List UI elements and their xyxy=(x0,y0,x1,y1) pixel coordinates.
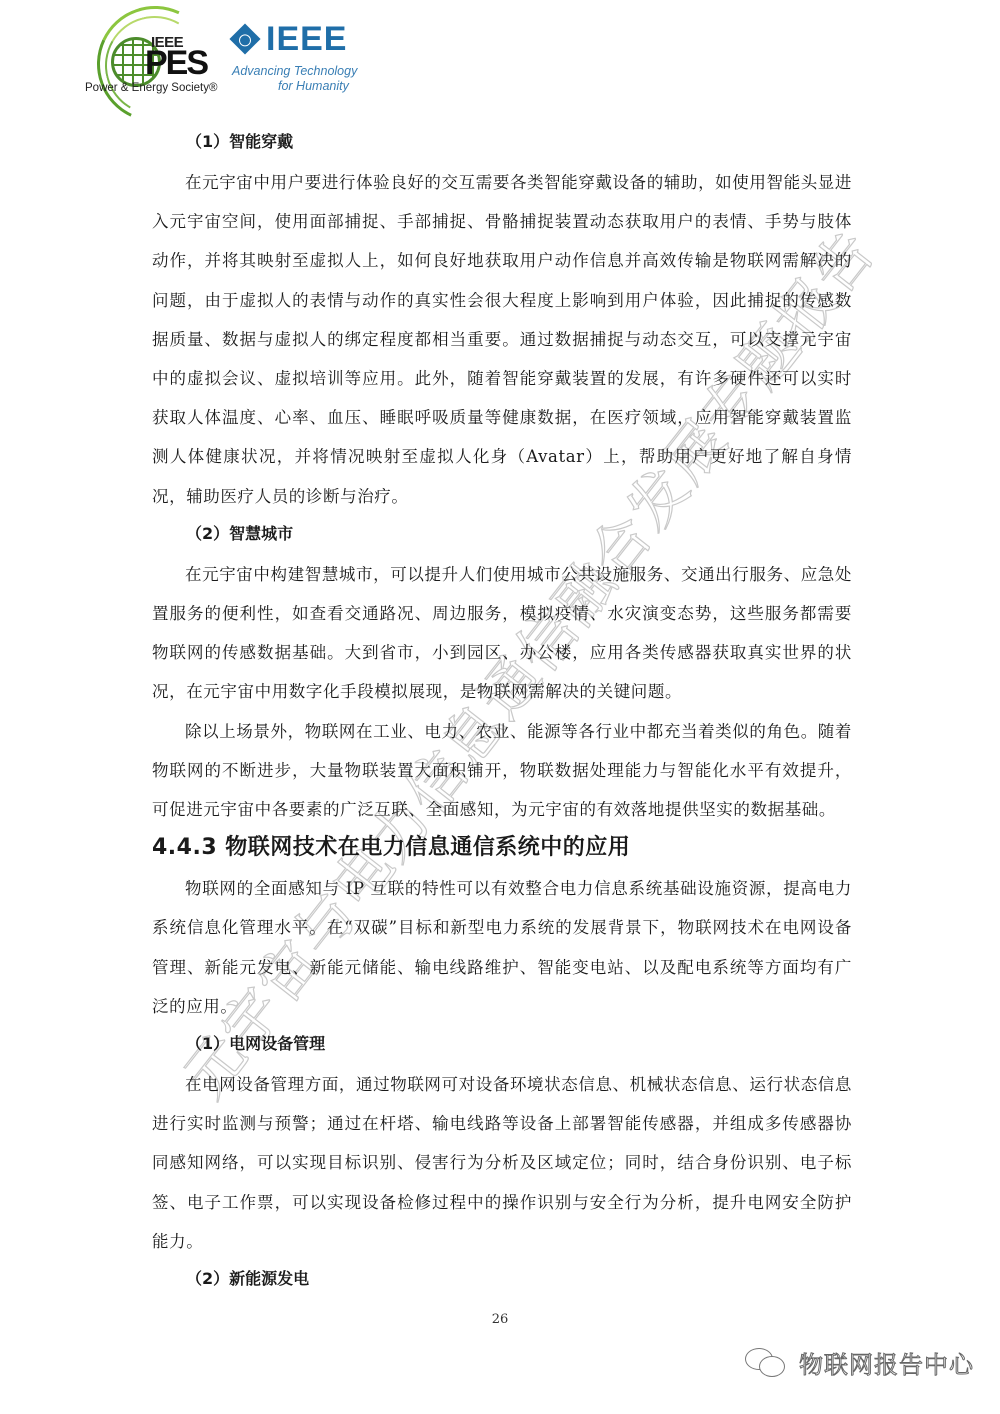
ieee-logo: IEEE Advancing Technology for Humanity xyxy=(230,22,380,102)
ieee-wordmark: IEEE xyxy=(266,20,347,59)
section-title-4-4-3: 4.4.3 物联网技术在电力信息通信系统中的应用 xyxy=(152,829,852,869)
ieee-pes-logo: IEEE PES Power & Energy Society® xyxy=(85,4,220,100)
header-logos: IEEE PES Power & Energy Society® IEEE Ad… xyxy=(85,4,385,104)
page-number: 26 xyxy=(0,1312,1000,1327)
ieee-tagline-1: Advancing Technology xyxy=(232,64,357,78)
wechat-account-name: 物联网报告中心 xyxy=(799,1345,974,1380)
paragraph-grid-equipment: 在电网设备管理方面，通过物联网可对设备环境状态信息、机械状态信息、运行状态信息进… xyxy=(152,1065,852,1261)
pes-text: PES xyxy=(145,44,207,83)
pes-subtitle: Power & Energy Society® xyxy=(85,82,217,94)
subheading-new-energy: （2）新能源发电 xyxy=(152,1261,852,1300)
wechat-icon xyxy=(745,1346,791,1380)
subheading-smart-city: （2）智慧城市 xyxy=(152,516,852,555)
ieee-tagline-2: for Humanity xyxy=(278,79,349,93)
ieee-diamond-icon xyxy=(229,23,260,54)
paragraph-section-intro: 物联网的全面感知与 IP 互联的特性可以有效整合电力信息系统基础设施资源，提高电… xyxy=(152,869,852,1026)
paragraph-summary: 除以上场景外，物联网在工业、电力、农业、能源等各行业中都充当着类似的角色。随着物… xyxy=(152,712,852,830)
subheading-grid-equipment: （1）电网设备管理 xyxy=(152,1026,852,1065)
subheading-smart-wearables: （1）智能穿戴 xyxy=(152,124,852,163)
paragraph-smart-wearables: 在元宇宙中用户要进行体验良好的交互需要各类智能穿戴设备的辅助，如使用智能头显进入… xyxy=(152,163,852,516)
wechat-source-badge: 物联网报告中心 xyxy=(745,1345,974,1380)
document-body: （1）智能穿戴 在元宇宙中用户要进行体验良好的交互需要各类智能穿戴设备的辅助，如… xyxy=(152,124,852,1300)
paragraph-smart-city: 在元宇宙中构建智慧城市，可以提升人们使用城市公共设施服务、交通出行服务、应急处置… xyxy=(152,555,852,712)
